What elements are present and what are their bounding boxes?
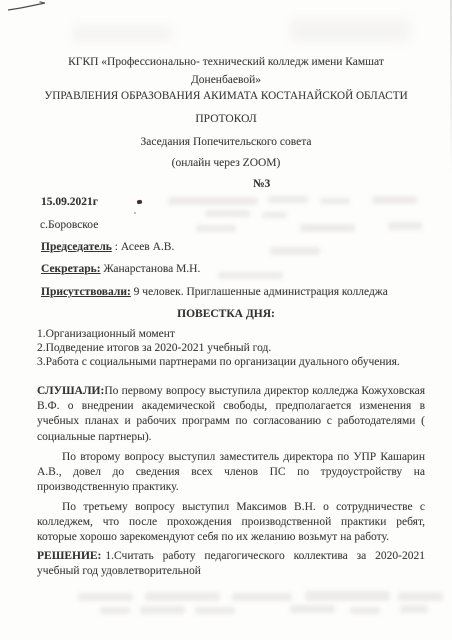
secretary-label: Секретарь: (41, 263, 101, 275)
heard-paragraph-2: По второму вопросу выступил заместитель … (37, 450, 425, 496)
secretary-value: Жанарстанова М.Н. (101, 263, 201, 275)
bleed-through-mark (305, 591, 390, 601)
bleed-through-mark (140, 606, 185, 614)
protocol-place: с.Боровское (40, 219, 98, 231)
organization-name-line2: Доненбаевой» (66, 71, 386, 89)
decision-label: РЕШЕНИЕ: (37, 550, 105, 562)
bleed-through-mark (400, 605, 428, 613)
agenda-item-3: 3.Работа с социальными партнерами по орг… (37, 355, 442, 369)
agenda-title: ПОВЕСТКА ДНЯ: (0, 308, 452, 320)
bleed-through-mark (232, 593, 292, 601)
agenda-item-1: 1.Организационный момент (37, 327, 442, 341)
pen-stroke-mark (0, 0, 60, 16)
bleed-through-mark (268, 196, 308, 203)
bleed-through-mark (398, 592, 443, 601)
bleed-through-mark (262, 212, 287, 218)
attendees-line: Присутствовали: 9 человек. Приглашенные … (41, 286, 388, 298)
bleed-through-mark (168, 197, 258, 205)
attendees-value: 9 человек. Приглашенные администрация ко… (131, 286, 388, 298)
protocol-date: 15.09.2021г (41, 196, 98, 208)
agenda-list: 1.Организационный момент 2.Подведение ит… (37, 327, 442, 369)
attendees-label: Присутствовали: (41, 286, 131, 298)
chairman-line: Председатель : Асеев А.В. (41, 241, 174, 253)
scan-smudge (72, 26, 172, 42)
bleed-through-mark (350, 607, 380, 614)
heard-label: СЛУШАЛИ: (37, 385, 104, 397)
bleed-through-mark (290, 605, 335, 613)
protocol-number: №3 (253, 178, 270, 190)
bleed-through-mark (100, 607, 130, 614)
bleed-through-mark (145, 592, 220, 601)
heard-paragraph-3: По третьему вопросу выступил Максимов В.… (37, 500, 425, 546)
ink-blot-mark (137, 200, 143, 205)
bleed-through-mark (372, 196, 417, 204)
bleed-through-mark (205, 210, 250, 217)
organization-name: КГКП «Профессионально- технический колле… (66, 53, 386, 89)
scan-smudge (290, 18, 410, 42)
chairman-value: : Асеев А.В. (112, 241, 174, 253)
bleed-through-mark (270, 247, 320, 255)
scanned-protocol-page: КГКП «Профессионально- технический колле… (0, 0, 452, 640)
secretary-line: Секретарь: Жанарстанова М.Н. (41, 263, 200, 275)
bleed-through-mark (195, 607, 235, 614)
department-name: УПРАВЛЕНИЯ ОБРАЗОВАНИЯ АКИМАТА КОСТАНАЙС… (0, 90, 452, 102)
bleed-through-mark (218, 272, 283, 279)
ink-speck-mark (134, 212, 136, 214)
decision-paragraph: РЕШЕНИЕ:1.Считать работу педагогического… (37, 549, 425, 579)
bleed-through-mark (196, 225, 236, 232)
bleed-through-mark (320, 198, 350, 204)
chairman-label: Председатель (41, 241, 112, 253)
organization-name-line1: КГКП «Профессионально- технический колле… (66, 53, 386, 71)
agenda-item-2: 2.Подведение итогов за 2020-2021 учебный… (37, 341, 442, 355)
online-format-note: (онлайн через ZOOM) (0, 157, 452, 169)
document-type: ПРОТОКОЛ (0, 113, 452, 125)
bleed-through-mark (388, 222, 422, 230)
bleed-through-mark (300, 224, 355, 232)
heard-paragraph-1: СЛУШАЛИ:По первому вопросу выступила дир… (37, 384, 425, 445)
bleed-through-mark (78, 593, 133, 601)
document-subtitle: Заседания Попечительского совета (0, 136, 452, 148)
